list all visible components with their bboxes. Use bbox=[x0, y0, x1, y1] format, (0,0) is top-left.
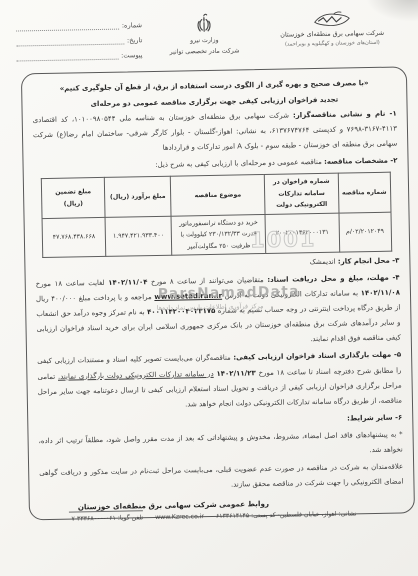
notice-frame: «با مصرف صحیح و بهره گیری از الگوی درست … bbox=[21, 66, 415, 520]
cell-subject: خرید دو دستگاه ترانسفورماتور قدرت ۲۳۰/۱۳… bbox=[171, 214, 266, 255]
item4-end-date: ۱۴۰۲/۱۱/۰۸ bbox=[361, 289, 400, 298]
item4-start-date: ۱۴۰۲/۱۱/۰۴ bbox=[108, 278, 147, 287]
cell-estimate: ۱.۹۴۷.۴۲۱.۹۳۳.۴۰۰ bbox=[105, 216, 172, 257]
ref-number-blank bbox=[16, 23, 119, 32]
cell-tender-number: ۰۲/۲۰۱۲۰۴۹/م bbox=[339, 212, 392, 252]
item4-label: ۴- مهلت، مبلغ و محل دریافت اسناد: bbox=[267, 274, 399, 284]
item4-text-3: به سامانه تدارکات الکترونیکی دولت به آدر… bbox=[225, 290, 358, 300]
company-subtitle: (استان‌های خوزستان و کهگیلویه و بویراحمد… bbox=[266, 38, 398, 48]
item3-text: اندیمشک bbox=[310, 258, 336, 266]
table-header-row: شماره مناقصه شماره فراخوان در سامانه تدا… bbox=[42, 173, 391, 219]
col-estimate: مبلغ برآورد (ریال) bbox=[104, 177, 171, 218]
col-subject: موضوع مناقصه bbox=[170, 175, 265, 216]
item5-label: ۵- مهلت بارگذاری اسناد فراخوان ارزیابی ک… bbox=[233, 351, 401, 362]
ref-date-label: تاریخ: bbox=[127, 36, 142, 44]
letterhead: شرکت سهامی برق منطقه‌ای خوزستان (استان‌ه… bbox=[0, 0, 415, 69]
cell-setad-number: ۲۰۰۲۰۰۱۳۶۲۰۰۰۱۳۱ bbox=[265, 213, 339, 254]
item2-label: ۲- مشخصات مناقصه: bbox=[324, 157, 398, 166]
item6-bullet-2: علاقه‌مندان به شرکت در مناقصه در صورت عد… bbox=[39, 459, 403, 496]
footer-website: www.Kzrec.co.ir bbox=[155, 513, 204, 521]
footer-address: نشانی: اهواز، خیابان فلسطین- کد پستی: ۶۱… bbox=[216, 510, 357, 520]
page-content: شرکت سهامی برق منطقه‌ای خوزستان (استان‌ه… bbox=[0, 0, 418, 576]
setadiran-url: www.setadiran.ir bbox=[154, 292, 222, 301]
ref-number-row: شماره: bbox=[16, 21, 142, 31]
footer-phone: تلفن گویا: ۰۶۱-۳۳۳۶۸۰۰۰-۷ bbox=[71, 514, 143, 522]
item5-underlined-text: در سامانه تدارکات الکترونیکی دولت بارگذا… bbox=[58, 369, 214, 380]
ref-date-blank bbox=[16, 38, 124, 47]
item4-text-2: لغایت ساعت ۱۸ مورخ bbox=[36, 279, 105, 288]
ref-number-label: شماره: bbox=[122, 21, 142, 29]
col-guarantee: مبلغ تضمین (ریال) bbox=[42, 178, 105, 219]
holding-company-name: شرکت مادر تخصصی توانیر bbox=[148, 45, 260, 58]
ref-date-row: تاریخ: bbox=[16, 36, 142, 46]
item4-text-1: متقاضیان می‌توانند از ساعت ۸ مورخ bbox=[151, 276, 264, 286]
ref-attachment-row: پیوست: bbox=[17, 51, 143, 61]
item4-document-purchase: ۴- مهلت، مبلغ و محل دریافت اسناد: متقاضی… bbox=[36, 271, 401, 353]
item3-label: ۳- محل انجام کار: bbox=[338, 257, 400, 266]
item6-bullet-1: * به پیشنهادهای فاقد اصل امضاء، مشروط، م… bbox=[38, 427, 402, 464]
item5-upload-deadline: ۵- مهلت بارگذاری اسناد فراخوان ارزیابی ک… bbox=[37, 348, 402, 415]
payment-account-number: ۴۰۰۱۱۴۲۰۰۴۰۲۳۱۷۵ bbox=[147, 307, 215, 316]
item1-tenderer: ۱- نام و نشانی مناقصه‌گزار: شرکت سهامی ب… bbox=[33, 107, 398, 159]
item1-label: ۱- نام و نشانی مناقصه‌گزار: bbox=[293, 110, 397, 120]
col-tender-number: شماره مناقصه bbox=[338, 173, 391, 213]
item6-label: ۶- سایر شرایط: bbox=[347, 413, 402, 422]
company-block: شرکت سهامی برق منطقه‌ای خوزستان (استان‌ه… bbox=[266, 10, 399, 49]
cell-guarantee: ۴۷.۷۶۸.۴۳۸.۶۶۸ bbox=[42, 217, 105, 258]
company-logo-icon bbox=[266, 10, 398, 31]
item5-deadline-date: ۱۴۰۲/۱۱/۲۳ bbox=[216, 369, 255, 378]
table-row: ۰۲/۲۰۱۲۰۴۹/م ۲۰۰۲۰۰۱۳۶۲۰۰۰۱۳۱ خرید دو دس… bbox=[42, 212, 391, 258]
ref-attachment-blank bbox=[17, 53, 119, 62]
item2-text: مناقصه عمومی دو مرحله‌ای با ارزیابی کیفی… bbox=[155, 158, 322, 169]
ref-attachment-label: پیوست: bbox=[121, 51, 143, 59]
ministry-block: وزارت نیرو شرکت مادر تخصصی توانیر bbox=[148, 12, 261, 58]
scanned-tender-document: شرکت سهامی برق منطقه‌ای خوزستان (استان‌ه… bbox=[0, 0, 418, 576]
reference-fields: شماره: تاریخ: پیوست: bbox=[10, 14, 143, 68]
col-setad-number: شماره فراخوان در سامانه تدارکات الکترونی… bbox=[265, 174, 339, 215]
tender-table: شماره مناقصه شماره فراخوان در سامانه تدا… bbox=[41, 172, 392, 258]
iran-emblem-icon bbox=[148, 12, 260, 36]
